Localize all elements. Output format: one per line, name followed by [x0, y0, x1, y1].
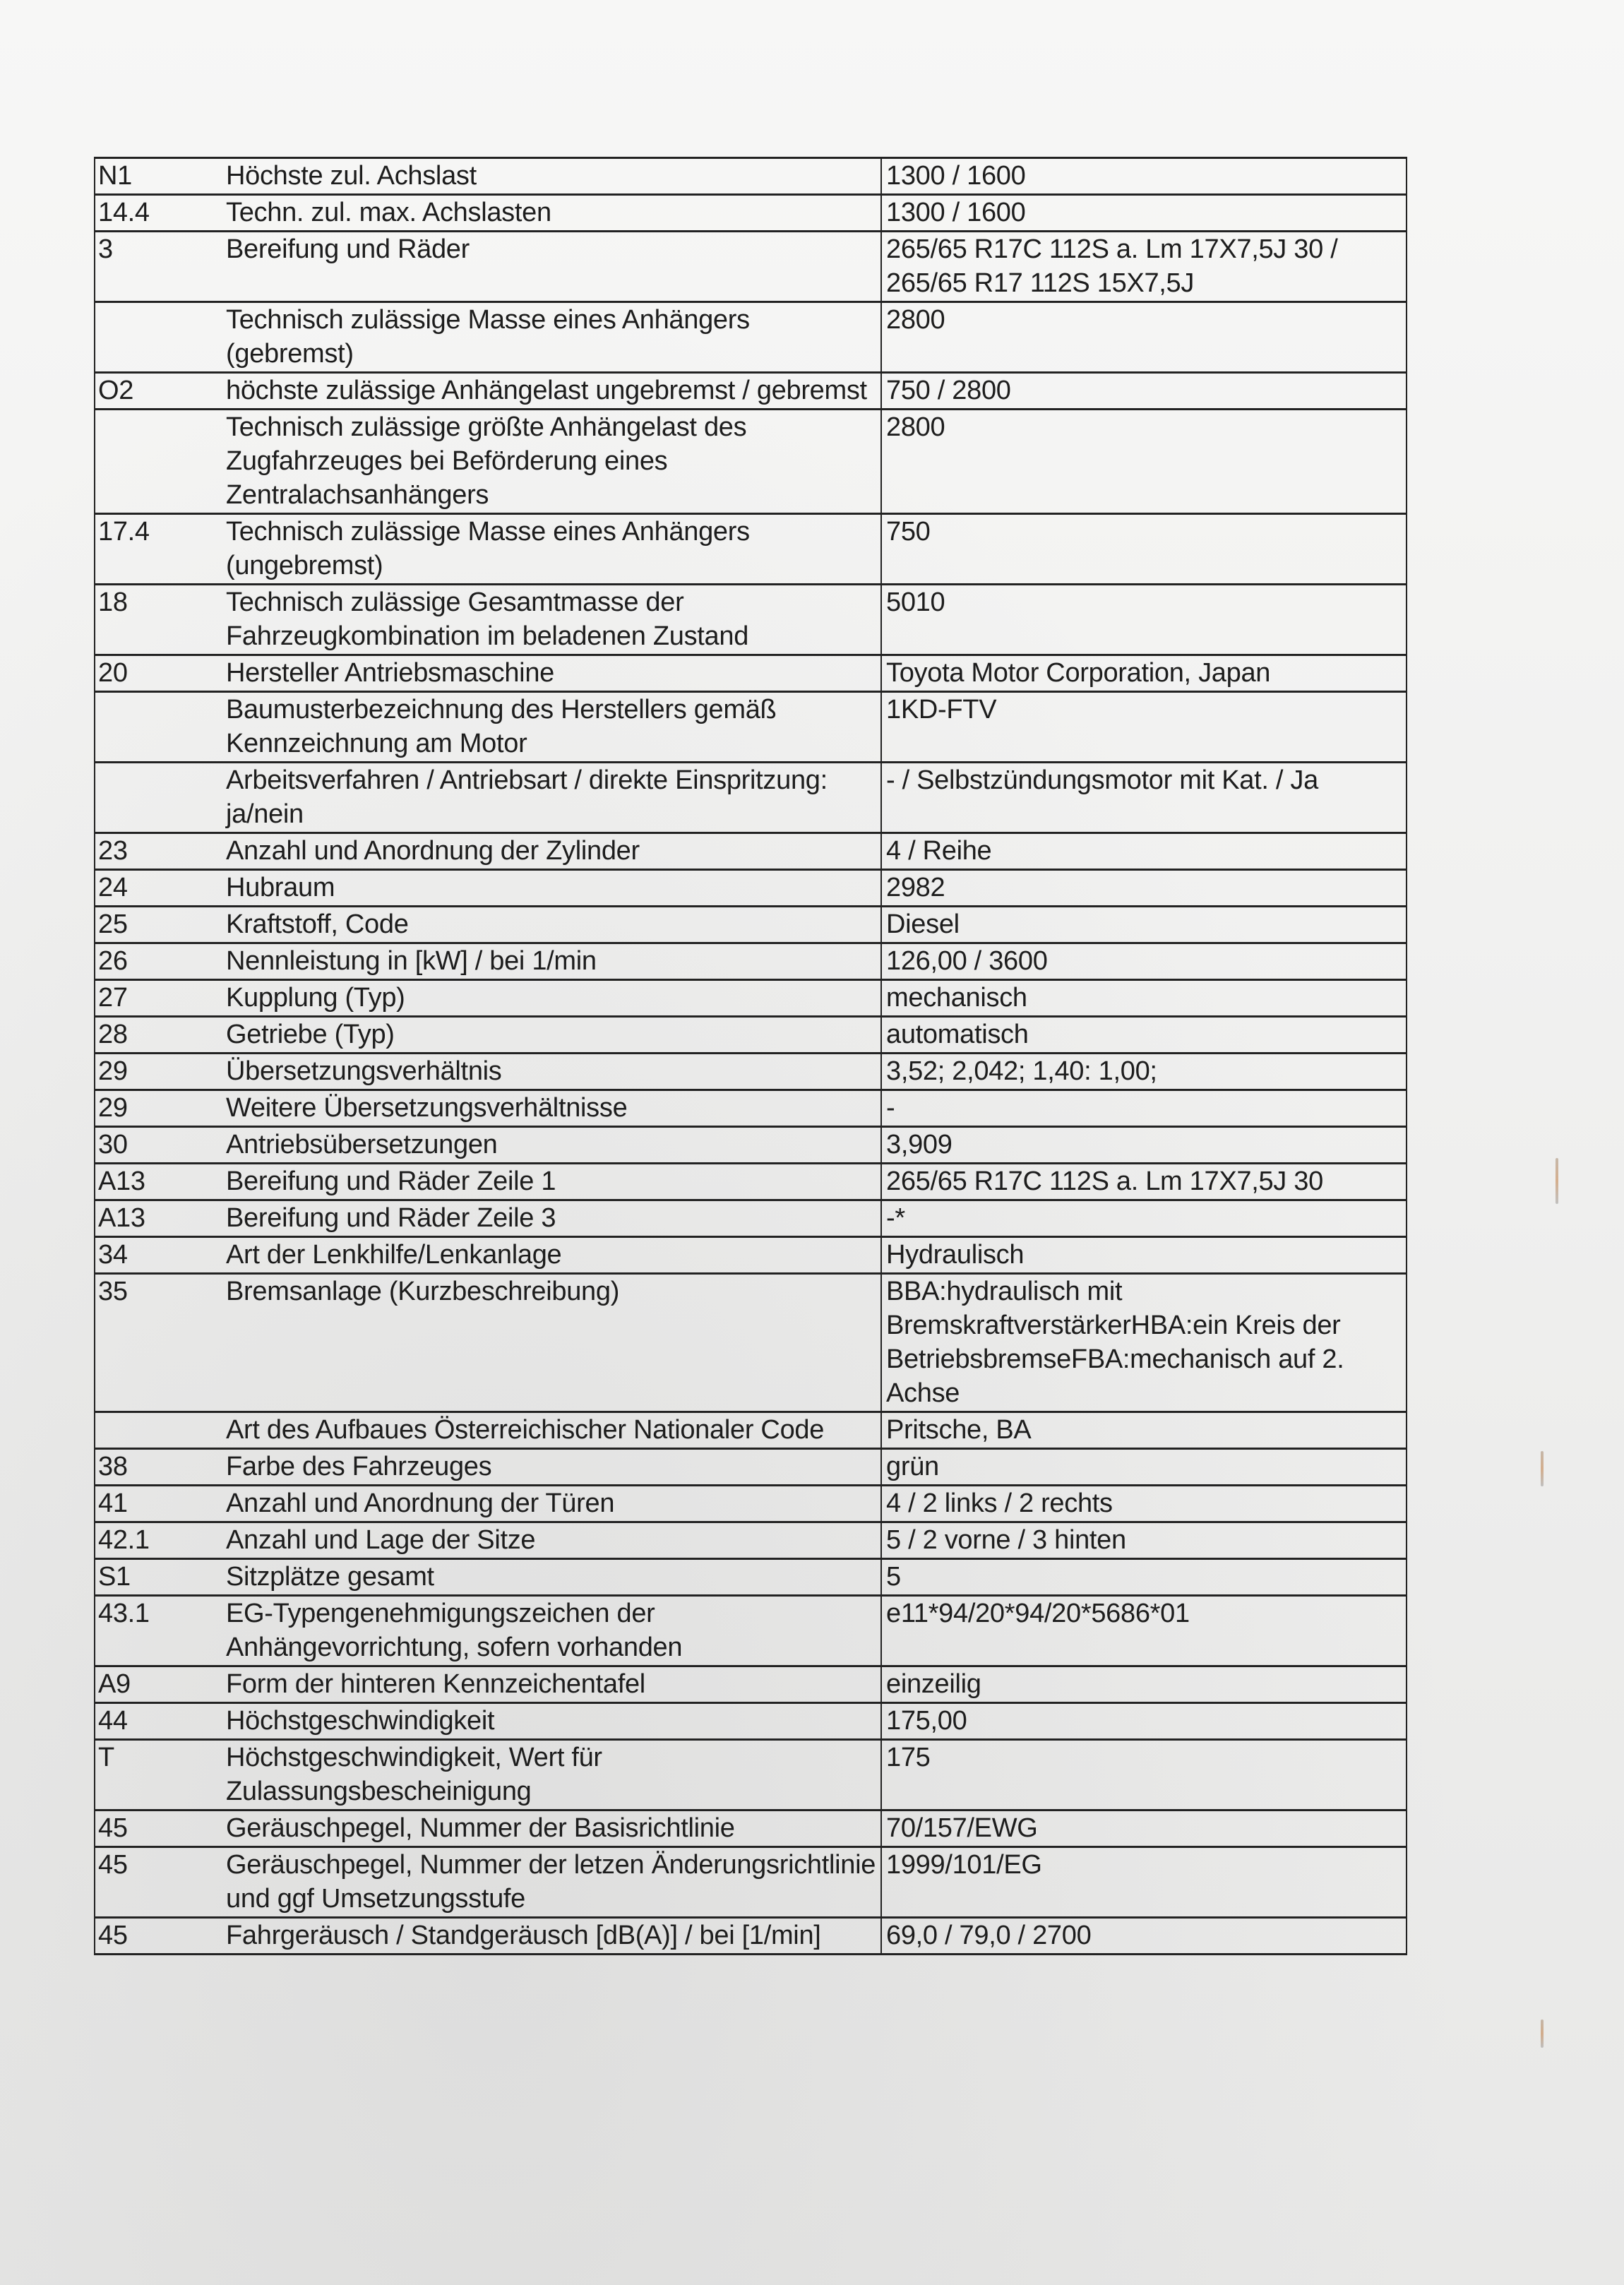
- vehicle-data-table: N1 Höchste zul. Achslast 1300 / 1600 14.…: [94, 157, 1407, 1955]
- field-value: grün: [881, 1449, 1407, 1486]
- field-code: 42.1: [95, 1522, 222, 1559]
- field-label: Bereifung und Räder: [222, 232, 881, 302]
- field-label: Art des Aufbaues Österreichischer Nation…: [222, 1412, 881, 1449]
- field-code: 26: [95, 943, 222, 980]
- field-value: 265/65 R17C 112S a. Lm 17X7,5J 30 / 265/…: [881, 232, 1407, 302]
- field-label: Bremsanlage (Kurzbeschreibung): [222, 1274, 881, 1412]
- field-code: 45: [95, 1810, 222, 1847]
- table-row: 42.1 Anzahl und Lage der Sitze 5 / 2 vor…: [95, 1522, 1407, 1559]
- field-code: [95, 692, 222, 763]
- table-row: Arbeitsverfahren / Antriebsart / direkte…: [95, 763, 1407, 833]
- field-label: Technisch zulässige Masse eines Anhänger…: [222, 514, 881, 585]
- field-label: Hersteller Antriebsmaschine: [222, 655, 881, 692]
- field-value: 5010: [881, 585, 1407, 655]
- table-row: 29 Übersetzungsverhältnis 3,52; 2,042; 1…: [95, 1054, 1407, 1090]
- table-row: 25 Kraftstoff, Code Diesel: [95, 907, 1407, 943]
- field-code: A13: [95, 1164, 222, 1200]
- table-row: 14.4 Techn. zul. max. Achslasten 1300 / …: [95, 195, 1407, 232]
- table-row: 24 Hubraum 2982: [95, 870, 1407, 907]
- field-value: 5 / 2 vorne / 3 hinten: [881, 1522, 1407, 1559]
- table-row: 30 Antriebsübersetzungen 3,909: [95, 1127, 1407, 1164]
- table-body: N1 Höchste zul. Achslast 1300 / 1600 14.…: [95, 158, 1407, 1955]
- field-label: Kupplung (Typ): [222, 980, 881, 1017]
- staple-mark: [1541, 1451, 1544, 1486]
- table-row: 41 Anzahl und Anordnung der Türen 4 / 2 …: [95, 1486, 1407, 1522]
- field-label: Anzahl und Anordnung der Zylinder: [222, 833, 881, 870]
- field-code: 30: [95, 1127, 222, 1164]
- field-code: 38: [95, 1449, 222, 1486]
- field-value: 1KD-FTV: [881, 692, 1407, 763]
- table-row: 18 Technisch zulässige Gesamtmasse der F…: [95, 585, 1407, 655]
- field-value: Hydraulisch: [881, 1237, 1407, 1274]
- field-code: 44: [95, 1703, 222, 1740]
- table-row: 28 Getriebe (Typ) automatisch: [95, 1017, 1407, 1054]
- field-value: 70/157/EWG: [881, 1810, 1407, 1847]
- table-row: N1 Höchste zul. Achslast 1300 / 1600: [95, 158, 1407, 195]
- table-row: 29 Weitere Übersetzungsverhältnisse -: [95, 1090, 1407, 1127]
- table-row: 38 Farbe des Fahrzeuges grün: [95, 1449, 1407, 1486]
- table-row: 45 Geräuschpegel, Nummer der Basisrichtl…: [95, 1810, 1407, 1847]
- field-code: A13: [95, 1200, 222, 1237]
- field-label: Weitere Übersetzungsverhältnisse: [222, 1090, 881, 1127]
- field-value: 2982: [881, 870, 1407, 907]
- field-code: [95, 410, 222, 514]
- field-value: -: [881, 1090, 1407, 1127]
- field-value: 2800: [881, 410, 1407, 514]
- table-row: 34 Art der Lenkhilfe/Lenkanlage Hydrauli…: [95, 1237, 1407, 1274]
- field-code: 24: [95, 870, 222, 907]
- field-label: Technisch zulässige Gesamtmasse der Fahr…: [222, 585, 881, 655]
- field-code: 14.4: [95, 195, 222, 232]
- field-label: Technisch zulässige größte Anhängelast d…: [222, 410, 881, 514]
- field-code: 23: [95, 833, 222, 870]
- field-value: 750: [881, 514, 1407, 585]
- field-value: 1300 / 1600: [881, 158, 1407, 195]
- field-label: Farbe des Fahrzeuges: [222, 1449, 881, 1486]
- field-value: einzeilig: [881, 1666, 1407, 1703]
- field-value: 3,909: [881, 1127, 1407, 1164]
- field-label: Arbeitsverfahren / Antriebsart / direkte…: [222, 763, 881, 833]
- table-row: Technisch zulässige größte Anhängelast d…: [95, 410, 1407, 514]
- table-row: Art des Aufbaues Österreichischer Nation…: [95, 1412, 1407, 1449]
- field-label: Baumusterbezeichnung des Herstellers gem…: [222, 692, 881, 763]
- field-code: 27: [95, 980, 222, 1017]
- table-row: A13 Bereifung und Räder Zeile 3 -*: [95, 1200, 1407, 1237]
- field-label: Übersetzungsverhältnis: [222, 1054, 881, 1090]
- table-row: 3 Bereifung und Räder 265/65 R17C 112S a…: [95, 232, 1407, 302]
- table-row: 27 Kupplung (Typ) mechanisch: [95, 980, 1407, 1017]
- field-label: Kraftstoff, Code: [222, 907, 881, 943]
- field-value: 2800: [881, 302, 1407, 373]
- table-row: 26 Nennleistung in [kW] / bei 1/min 126,…: [95, 943, 1407, 980]
- field-code: 3: [95, 232, 222, 302]
- field-code: 43.1: [95, 1596, 222, 1666]
- field-value: 126,00 / 3600: [881, 943, 1407, 980]
- table-row: A13 Bereifung und Räder Zeile 1 265/65 R…: [95, 1164, 1407, 1200]
- table-row: 17.4 Technisch zulässige Masse eines Anh…: [95, 514, 1407, 585]
- table-row: Technisch zulässige Masse eines Anhänger…: [95, 302, 1407, 373]
- table-row: T Höchstgeschwindigkeit, Wert für Zulass…: [95, 1740, 1407, 1810]
- field-code: 17.4: [95, 514, 222, 585]
- field-code: S1: [95, 1559, 222, 1596]
- table-row: 45 Fahrgeräusch / Standgeräusch [dB(A)] …: [95, 1918, 1407, 1955]
- field-value: Toyota Motor Corporation, Japan: [881, 655, 1407, 692]
- field-label: Höchstgeschwindigkeit: [222, 1703, 881, 1740]
- field-code: [95, 763, 222, 833]
- field-code: 45: [95, 1918, 222, 1955]
- field-label: Fahrgeräusch / Standgeräusch [dB(A)] / b…: [222, 1918, 881, 1955]
- table-row: 35 Bremsanlage (Kurzbeschreibung) BBA:hy…: [95, 1274, 1407, 1412]
- field-value: Pritsche, BA: [881, 1412, 1407, 1449]
- field-value: 1300 / 1600: [881, 195, 1407, 232]
- field-value: 5: [881, 1559, 1407, 1596]
- field-label: Techn. zul. max. Achslasten: [222, 195, 881, 232]
- field-value: mechanisch: [881, 980, 1407, 1017]
- field-label: höchste zulässige Anhängelast ungebremst…: [222, 373, 881, 410]
- table-row: Baumusterbezeichnung des Herstellers gem…: [95, 692, 1407, 763]
- table-row: 43.1 EG-Typengenehmigungszeichen der Anh…: [95, 1596, 1407, 1666]
- field-code: [95, 1412, 222, 1449]
- field-value: e11*94/20*94/20*5686*01: [881, 1596, 1407, 1666]
- staple-mark: [1541, 2019, 1544, 2048]
- field-code: 29: [95, 1054, 222, 1090]
- table-row: O2 höchste zulässige Anhängelast ungebre…: [95, 373, 1407, 410]
- field-label: Getriebe (Typ): [222, 1017, 881, 1054]
- field-code: O2: [95, 373, 222, 410]
- field-value: Diesel: [881, 907, 1407, 943]
- field-label: Hubraum: [222, 870, 881, 907]
- field-value: 1999/101/EG: [881, 1847, 1407, 1918]
- field-value: 175: [881, 1740, 1407, 1810]
- field-value: -*: [881, 1200, 1407, 1237]
- field-value: 4 / Reihe: [881, 833, 1407, 870]
- field-label: Art der Lenkhilfe/Lenkanlage: [222, 1237, 881, 1274]
- field-label: Nennleistung in [kW] / bei 1/min: [222, 943, 881, 980]
- field-code: N1: [95, 158, 222, 195]
- field-code: T: [95, 1740, 222, 1810]
- field-label: Bereifung und Räder Zeile 1: [222, 1164, 881, 1200]
- field-code: 25: [95, 907, 222, 943]
- field-value: BBA:hydraulisch mit Bremskraftverstärker…: [881, 1274, 1407, 1412]
- field-label: Geräuschpegel, Nummer der letzen Änderun…: [222, 1847, 881, 1918]
- table-row: 45 Geräuschpegel, Nummer der letzen Ände…: [95, 1847, 1407, 1918]
- field-label: Form der hinteren Kennzeichentafel: [222, 1666, 881, 1703]
- field-label: Antriebsübersetzungen: [222, 1127, 881, 1164]
- field-code: 34: [95, 1237, 222, 1274]
- field-label: EG-Typengenehmigungszeichen der Anhängev…: [222, 1596, 881, 1666]
- field-label: Anzahl und Lage der Sitze: [222, 1522, 881, 1559]
- field-code: 41: [95, 1486, 222, 1522]
- table-row: 20 Hersteller Antriebsmaschine Toyota Mo…: [95, 655, 1407, 692]
- field-label: Höchste zul. Achslast: [222, 158, 881, 195]
- field-label: Geräuschpegel, Nummer der Basisrichtlini…: [222, 1810, 881, 1847]
- field-code: 35: [95, 1274, 222, 1412]
- field-label: Anzahl und Anordnung der Türen: [222, 1486, 881, 1522]
- staple-mark: [1556, 1158, 1558, 1204]
- field-value: 4 / 2 links / 2 rechts: [881, 1486, 1407, 1522]
- field-value: 69,0 / 79,0 / 2700: [881, 1918, 1407, 1955]
- field-code: [95, 302, 222, 373]
- field-value: automatisch: [881, 1017, 1407, 1054]
- field-value: 3,52; 2,042; 1,40: 1,00;: [881, 1054, 1407, 1090]
- table-row: S1 Sitzplätze gesamt 5: [95, 1559, 1407, 1596]
- field-code: 45: [95, 1847, 222, 1918]
- field-code: 18: [95, 585, 222, 655]
- field-value: 175,00: [881, 1703, 1407, 1740]
- field-code: A9: [95, 1666, 222, 1703]
- field-value: 750 / 2800: [881, 373, 1407, 410]
- field-label: Technisch zulässige Masse eines Anhänger…: [222, 302, 881, 373]
- field-value: 265/65 R17C 112S a. Lm 17X7,5J 30: [881, 1164, 1407, 1200]
- field-code: 28: [95, 1017, 222, 1054]
- field-code: 29: [95, 1090, 222, 1127]
- field-label: Höchstgeschwindigkeit, Wert für Zulassun…: [222, 1740, 881, 1810]
- table-row: A9 Form der hinteren Kennzeichentafel ei…: [95, 1666, 1407, 1703]
- field-code: 20: [95, 655, 222, 692]
- field-label: Bereifung und Räder Zeile 3: [222, 1200, 881, 1237]
- field-label: Sitzplätze gesamt: [222, 1559, 881, 1596]
- table-row: 44 Höchstgeschwindigkeit 175,00: [95, 1703, 1407, 1740]
- field-value: - / Selbstzündungsmotor mit Kat. / Ja: [881, 763, 1407, 833]
- table-row: 23 Anzahl und Anordnung der Zylinder 4 /…: [95, 833, 1407, 870]
